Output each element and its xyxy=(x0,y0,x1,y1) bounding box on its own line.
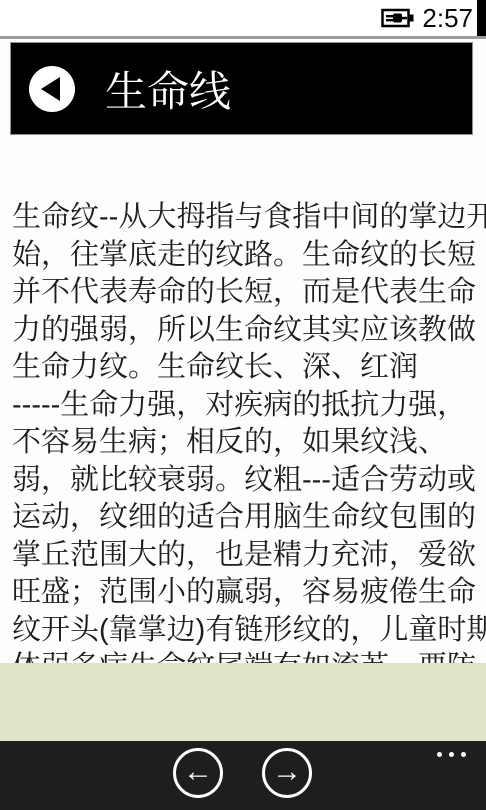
phone-screen: 2:57 生命线 生命纹--从大拇指与食指中间的掌边开始，往掌底走的纹路。生命纹… xyxy=(0,0,486,810)
text-line: 并不代表寿命的长短，而是代表生命 xyxy=(12,274,478,312)
right-arrow-icon: → xyxy=(272,757,302,787)
more-dots-icon xyxy=(437,752,442,757)
left-arrow-icon: ← xyxy=(183,757,213,787)
more-options-button[interactable] xyxy=(437,752,466,757)
text-line: 生命纹--从大拇指与食指中间的掌边开 xyxy=(12,199,478,237)
clock-time: 2:57 xyxy=(422,3,473,34)
article-content[interactable]: 生命纹--从大拇指与食指中间的掌边开始，往掌底走的纹路。生命纹的长短并不代表寿命… xyxy=(0,135,486,663)
text-line: 体弱多病生命纹尾端有如流苏，要防 xyxy=(12,649,478,663)
bottom-app-bar: ← → xyxy=(0,741,486,810)
next-page-button[interactable]: → xyxy=(262,748,312,798)
text-line: 弱，就比较衰弱。纹粗---适合劳动或 xyxy=(12,462,478,500)
text-line: 掌丘范围大的，也是精力充沛，爱欲 xyxy=(12,537,478,575)
previous-page-button[interactable]: ← xyxy=(173,748,223,798)
status-bar: 2:57 xyxy=(0,0,486,36)
back-arrow-icon xyxy=(41,77,60,101)
text-line: 力的强弱，所以生命纹其实应该教做 xyxy=(12,312,478,350)
text-line: -----生命力强，对疾病的抵抗力强， xyxy=(12,387,478,425)
text-line: 纹开头(靠掌边)有链形纹的，儿童时期 xyxy=(12,612,478,650)
text-line: 始，往掌底走的纹路。生命纹的长短 xyxy=(12,237,478,275)
text-line: 生命力纹。生命纹长、深、红润 xyxy=(12,349,478,387)
article-paragraph: 生命纹--从大拇指与食指中间的掌边开始，往掌底走的纹路。生命纹的长短并不代表寿命… xyxy=(12,199,478,663)
text-line: 不容易生病；相反的，如果纹浅、 xyxy=(12,424,478,462)
more-dots-icon xyxy=(461,752,466,757)
back-button[interactable] xyxy=(29,66,75,112)
text-line: 旺盛；范围小的赢弱，容易疲倦生命 xyxy=(12,574,478,612)
text-line: 运动，纹细的适合用脑生命纹包围的 xyxy=(12,499,478,537)
status-divider-line xyxy=(0,36,486,39)
more-dots-icon xyxy=(449,752,454,757)
footer-spacer-band xyxy=(0,663,486,741)
page-title: 生命线 xyxy=(105,59,231,119)
battery-charging-icon xyxy=(381,7,414,34)
page-header: 生命线 xyxy=(10,42,473,135)
status-corner-patch xyxy=(477,0,486,36)
